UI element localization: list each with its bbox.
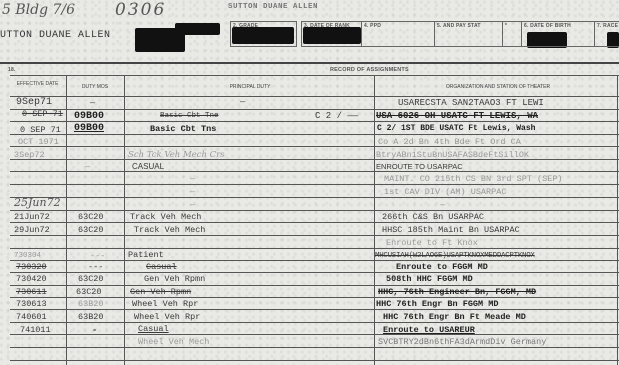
pay-status-field: 5. AND PAY STAT — [434, 21, 503, 47]
row-date: 741011 — [20, 325, 51, 335]
row-duty: CASUAL — [132, 162, 164, 172]
row-org: 508th HHC FGGM MD — [386, 274, 473, 284]
grid-row-line — [10, 222, 619, 223]
row-mos: 63C20 — [76, 287, 102, 297]
grid-row-line — [10, 96, 619, 97]
row-date: 730611 — [16, 287, 47, 297]
grid-row-line — [10, 347, 619, 348]
section-title-rule — [10, 75, 619, 76]
grid-row-line — [10, 272, 619, 273]
row-mos: - — [92, 325, 97, 335]
grid-row-line — [10, 360, 619, 361]
row-date: 730320 — [16, 262, 47, 272]
handwritten-annotation: 5 Bldg 7/6 — [2, 2, 75, 18]
row-duty: Sch Tck Veh Mech Crs — [128, 150, 225, 160]
grid-row-line — [10, 210, 619, 211]
row-date: 3Sep72 — [14, 150, 45, 160]
grid-row-line — [10, 171, 619, 172]
row-duty: Basic Cbt Tne — [160, 111, 219, 121]
row-duty: Wheel Veh Mech — [138, 337, 209, 347]
row-date: 730613 — [16, 299, 47, 309]
row-mos: --- — [90, 251, 105, 261]
grid-row-line — [10, 109, 619, 110]
row-date: 29Jun72 — [14, 225, 50, 235]
row-org: HHC, 76th Engineer Bn, FGGM, MD — [378, 287, 536, 297]
soldier-name: UTTON DUANE ALLEN — [0, 30, 111, 41]
grid-row-line — [10, 248, 619, 249]
row-duty: — — [240, 97, 245, 107]
row-org: BtryABn1StuBnUSAFASBdeFtSillOK — [376, 150, 529, 160]
row-duty: Wheel Veh Rpr — [134, 312, 200, 322]
grid-row-line — [10, 309, 619, 310]
row-org: Enroute to Ft Knox — [386, 238, 478, 248]
row-duty: Track Veh Mech — [134, 225, 205, 235]
row-org: MHCUSIAH(W2LAO6E)USAPTKNOXMEDDACPTKNOX — [375, 251, 535, 261]
row-duty: Wheel Veh Rpr — [132, 299, 198, 309]
grid-row-line — [10, 184, 619, 185]
row-org: MAINT. CO 215th CS BN 3rd SPT (SEP) — [384, 174, 563, 184]
row-mos: --- — [88, 262, 103, 272]
ppd-field: 4. PPD — [361, 21, 435, 47]
date-of-rank-field: 3. DATE OF RANK — [301, 21, 362, 47]
row-duty: Gen Veh Rpmn — [144, 274, 205, 284]
grid-row-line — [10, 146, 619, 147]
grid-row-line — [10, 322, 619, 323]
row-date: 0 SEP 71 — [22, 109, 63, 119]
row-mos: 63C20 — [78, 225, 104, 235]
grid-row-line — [10, 235, 619, 236]
row-org: HHSC 185th Maint Bn USARPAC — [382, 225, 520, 235]
grid-row-line — [10, 134, 619, 135]
row-org: USA 6026 OH USATC FT LEWIS, WA — [376, 111, 538, 121]
row-mos: 63C20 — [78, 212, 104, 222]
col-header-duty-mos: DUTY MOS — [66, 84, 124, 90]
row-org: 1st CAV DIV (AM) USARPAC — [384, 187, 506, 197]
race-field: 7. RACE — [594, 21, 619, 47]
col-header-organization: ORGANIZATION AND STATION OF THEATER — [378, 84, 618, 90]
row-org: Enroute to USAREUR — [383, 325, 475, 335]
row-duty: — — [190, 174, 195, 184]
row-date: 0 SEP 71 — [20, 125, 61, 135]
row-mos: 63B20 — [78, 299, 104, 309]
asterisk-field: * — [502, 21, 522, 47]
row-duty: Track Veh Mech — [130, 212, 201, 222]
grid-row-line — [10, 197, 619, 198]
row-mos: 09B00 — [74, 124, 104, 134]
row-org: 266th C&S Bn USARPAC — [382, 212, 484, 222]
row-duty: Casual — [138, 324, 169, 334]
row-date: 25Jun72 — [14, 198, 61, 208]
row-org: HHC 76th Engr Bn FGGM MD — [376, 299, 498, 309]
handwritten-number: 0306 — [115, 0, 166, 20]
grade-field: 2. GRADE — [230, 21, 297, 47]
row-duty: — — [190, 200, 195, 210]
row-org: SVCBTRY2dBn6thFA3dArmdDiv Germany — [378, 337, 546, 347]
row-mos: — — [85, 162, 90, 172]
row-mos: 09B00 — [74, 112, 104, 122]
row-duty: — — [190, 187, 195, 197]
row-date: 9Sep71 — [16, 98, 52, 108]
row-org: — — [440, 200, 445, 210]
date-of-birth-field: 6. DATE OF BIRTH — [521, 21, 595, 47]
row-mos: 63B20 — [78, 312, 104, 322]
row-org: ENROUTE TO USARPAC — [376, 162, 463, 172]
row-duty: Patient — [128, 250, 164, 260]
section-divider — [0, 62, 619, 64]
grid-row-line — [10, 297, 619, 298]
row-note: C 2 / —— — [315, 111, 358, 121]
row-org: USARECSTA SAN2TAAO3 FT LEWI — [398, 98, 544, 108]
col-header-effective-date: EFFECTIVE DATE — [10, 81, 65, 87]
grid-row-line — [10, 334, 619, 335]
name-stamp: SUTTON DUANE ALLEN — [228, 3, 318, 11]
row-mos: — — [90, 98, 95, 108]
row-duty: Basic Cbt Tns — [150, 124, 216, 134]
row-org: Co A 2d Bn 4th Bde Ft Ord CA — [378, 137, 521, 147]
section-number: 18. — [8, 67, 16, 73]
redaction-block — [175, 23, 220, 35]
row-org: Enroute to FGGM MD — [396, 262, 488, 272]
row-date: 730304 — [14, 251, 41, 261]
row-duty: Casual — [146, 262, 177, 272]
row-date: 740601 — [16, 312, 47, 322]
section-title: RECORD OF ASSIGNMENTS — [330, 67, 409, 73]
row-date: 730420 — [16, 274, 47, 284]
row-duty: Gen Veh Rpmn — [130, 287, 191, 297]
col-header-principal-duty: PRINCIPAL DUTY — [125, 84, 375, 90]
row-date: OCT 1971 — [18, 137, 59, 147]
row-org: HHC 76th Engr Bn Ft Meade MD — [383, 312, 526, 322]
grid-row-line — [10, 285, 619, 286]
row-date: 21Jun72 — [14, 212, 50, 222]
row-org: C 2/ 1ST BDE USATC Ft Lewis, Wash — [377, 124, 535, 134]
row-mos: 63C20 — [78, 274, 104, 284]
